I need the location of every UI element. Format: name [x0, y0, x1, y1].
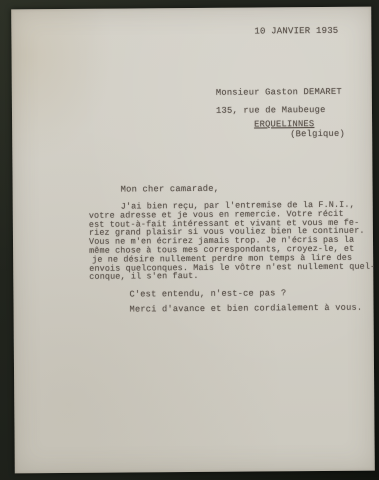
scan-background: 10 JANVIER 1935 Monsieur Gaston DEMARET …	[0, 0, 379, 480]
closing-confirmation: C'est entendu, n'est-ce pas ?	[129, 288, 286, 299]
recipient-street: 135, rue de Maubeuge	[216, 105, 326, 116]
letter-paper: 10 JANVIER 1935 Monsieur Gaston DEMARET …	[11, 7, 375, 474]
recipient-name: Monsieur Gaston DEMARET	[216, 87, 342, 98]
closing-salutation: Merci d'avance et bien cordialement à vo…	[130, 303, 363, 315]
letter-date: 10 JANVIER 1935	[254, 26, 338, 37]
recipient-country: (Belgique)	[290, 129, 345, 139]
recipient-city: ERQUELINNES	[254, 119, 314, 129]
salutation: Mon cher camarade,	[121, 184, 220, 195]
letter-body: J'ai bien reçu, par l'entremise de la F.…	[89, 201, 366, 282]
letter-body-line: conque, il s'en faut.	[89, 271, 365, 282]
